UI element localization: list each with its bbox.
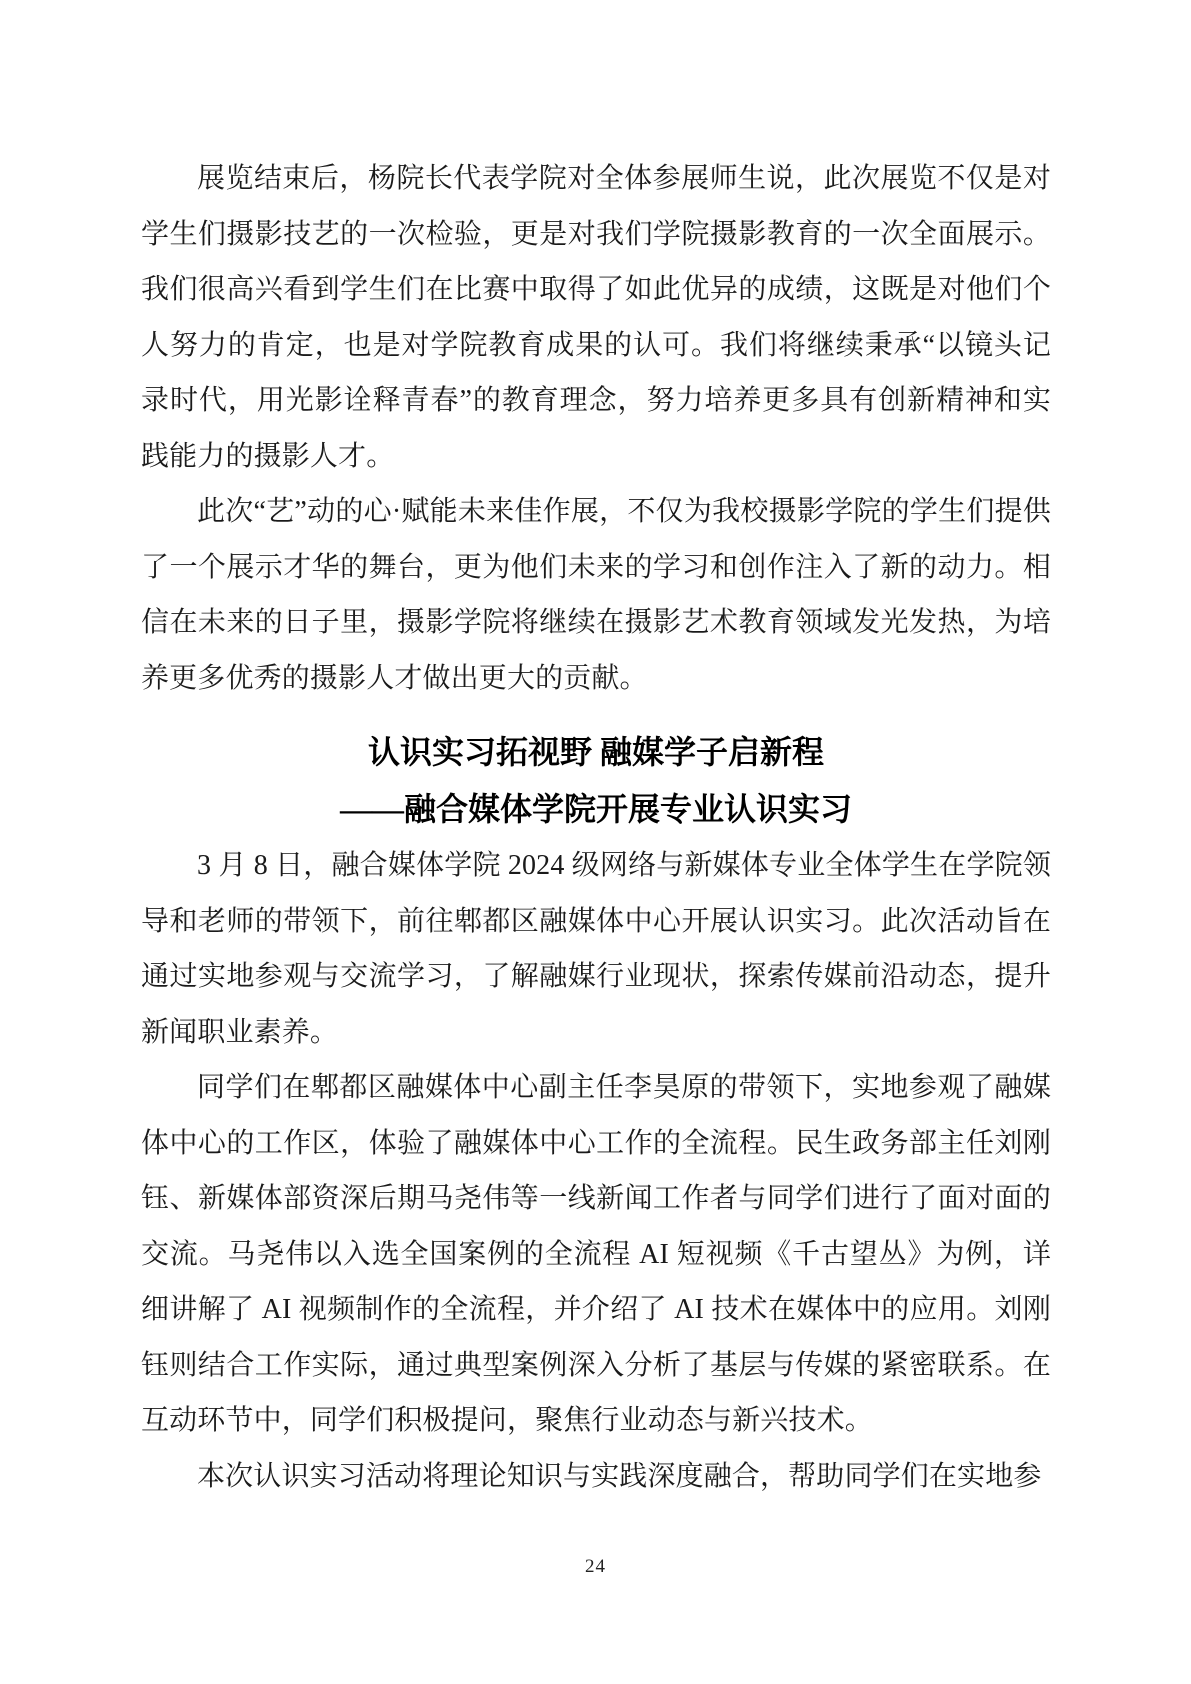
- document-page: 展览结束后，杨院长代表学院对全体参展师生说，此次展览不仅是对学生们摄影技艺的一次…: [0, 0, 1191, 1684]
- paragraph: 此次“艺”动的心·赋能未来佳作展，不仅为我校摄影学院的学生们提供了一个展示才华的…: [141, 484, 1051, 706]
- article-subtitle: ——融合媒体学院开展专业认识实习: [141, 781, 1051, 838]
- page-content: 展览结束后，杨院长代表学院对全体参展师生说，此次展览不仅是对学生们摄影技艺的一次…: [141, 151, 1051, 1504]
- paragraph: 本次认识实习活动将理论知识与实践深度融合，帮助同学们在实地参: [141, 1449, 1051, 1505]
- article-title: 认识实习拓视野 融媒学子启新程: [141, 724, 1051, 781]
- paragraph: 展览结束后，杨院长代表学院对全体参展师生说，此次展览不仅是对学生们摄影技艺的一次…: [141, 151, 1051, 484]
- paragraph: 3 月 8 日，融合媒体学院 2024 级网络与新媒体专业全体学生在学院领导和老…: [141, 838, 1051, 1060]
- paragraph: 同学们在郫都区融媒体中心副主任李昊原的带领下，实地参观了融媒体中心的工作区，体验…: [141, 1060, 1051, 1449]
- page-number: 24: [0, 1556, 1191, 1578]
